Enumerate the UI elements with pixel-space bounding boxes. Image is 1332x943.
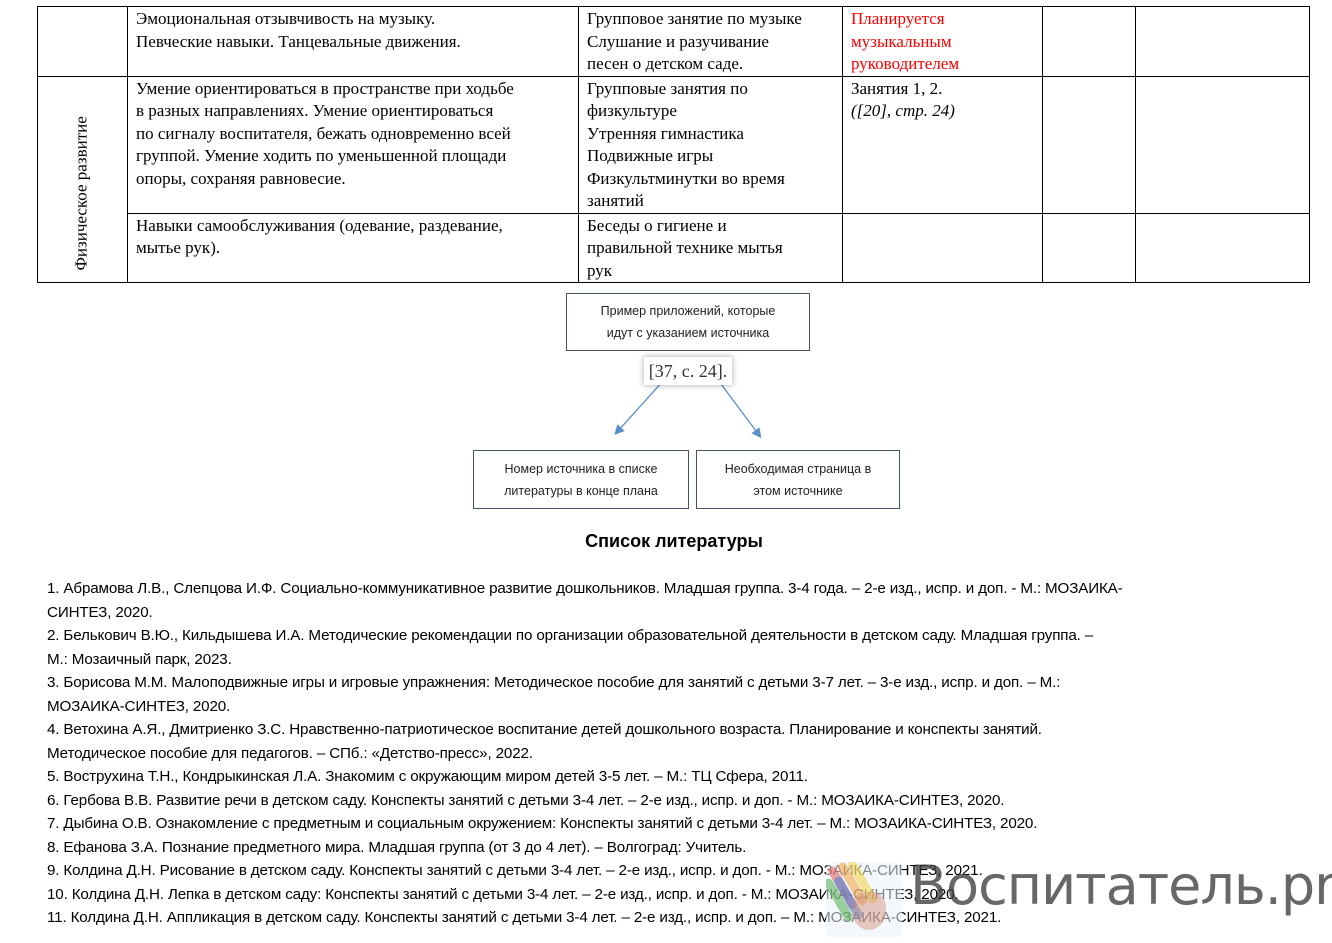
bibliography-line: 10. Колдина Д.Н. Лепка в детском саду: К… [47, 883, 1312, 907]
content-line: в разных направлениях. Умение ориентиров… [136, 100, 570, 123]
box-text: этом источнике [725, 480, 872, 502]
bibliography-line: 11. Колдина Д.Н. Аппликация в детском са… [47, 906, 1312, 930]
forms-line: Слушание и разучивание [587, 31, 834, 54]
forms-line: Групповое занятие по музыке [587, 8, 834, 31]
content-line: Певческие навыки. Танцевальные движения. [136, 31, 570, 54]
source-reference: ([20], стр. 24) [851, 100, 1034, 123]
forms-cell: Групповое занятие по музыке Слушание и р… [579, 7, 843, 77]
source-cell [843, 213, 1043, 283]
bibliography-line: 1. Абрамова Л.В., Слепцова И.Ф. Социальн… [47, 577, 1312, 601]
forms-line: песен о детском саде. [587, 53, 834, 76]
empty-cell [1043, 7, 1136, 77]
empty-cell [1043, 213, 1136, 283]
source-note: Занятия 1, 2. [851, 78, 1034, 101]
table-row: Физическое развитие Умение ориентировать… [38, 76, 1310, 213]
table-row: Эмоциональная отзывчивость на музыку. Пе… [38, 7, 1310, 77]
empty-cell [1136, 213, 1310, 283]
forms-line: Утренняя гимнастика [587, 123, 834, 146]
empty-cell [1136, 76, 1310, 213]
area-cell: Физическое развитие [38, 76, 128, 283]
forms-line: Беседы о гигиене и [587, 215, 834, 238]
empty-cell [1136, 7, 1310, 77]
bibliography-list: 1. Абрамова Л.В., Слепцова И.Ф. Социальн… [47, 577, 1312, 930]
source-note: руководителем [851, 53, 1034, 76]
bibliography-line: 9. Колдина Д.Н. Рисование в детском саду… [47, 859, 1312, 883]
forms-line: Подвижные игры [587, 145, 834, 168]
bibliography-line: 7. Дыбина О.В. Ознакомление с предметным… [47, 812, 1312, 836]
citation-diagram: Пример приложений, которые идут с указан… [467, 287, 905, 515]
forms-line: Физкультминутки во время [587, 168, 834, 191]
forms-cell: Беседы о гигиене и правильной технике мы… [579, 213, 843, 283]
content-line: Эмоциональная отзывчивость на музыку. [136, 8, 570, 31]
content-line: по сигналу воспитателя, бежать одновреме… [136, 123, 570, 146]
box-text: Необходимая страница в [725, 458, 872, 480]
bibliography-line: Методическое пособие для педагогов. – СП… [47, 742, 1312, 766]
table-row: Навыки самообслуживания (одевание, разде… [38, 213, 1310, 283]
box-text: Пример приложений, которые [601, 300, 776, 322]
arrow-left-icon [617, 380, 664, 432]
bibliography-line: СИНТЕЗ, 2020. [47, 601, 1312, 625]
bibliography-line: 8. Ефанова З.А. Познание предметного мир… [47, 836, 1312, 860]
plan-table: Эмоциональная отзывчивость на музыку. Пе… [37, 6, 1310, 283]
content-cell: Умение ориентироваться в пространстве пр… [128, 76, 579, 213]
box-text: Номер источника в списке [504, 458, 658, 480]
source-cell: Занятия 1, 2. ([20], стр. 24) [843, 76, 1043, 213]
citation-example: [37, с. 24]. [644, 357, 732, 385]
diagram-top-box: Пример приложений, которые идут с указан… [566, 293, 810, 351]
bibliography-line: МОЗАИКА-СИНТЕЗ, 2020. [47, 695, 1312, 719]
bibliography-title: Список литературы [0, 531, 1332, 552]
forms-line: рук [587, 260, 834, 283]
content-line: мытье рук). [136, 237, 570, 260]
forms-line: физкультуре [587, 100, 834, 123]
box-text: литературы в конце плана [504, 480, 658, 502]
content-line: Умение ориентироваться в пространстве пр… [136, 78, 570, 101]
content-cell: Навыки самообслуживания (одевание, разде… [128, 213, 579, 283]
bibliography-line: 2. Белькович В.Ю., Кильдышева И.А. Метод… [47, 624, 1312, 648]
source-cell: Планируется музыкальным руководителем [843, 7, 1043, 77]
arrow-right-icon [718, 380, 759, 435]
area-cell [38, 7, 128, 77]
source-note: Планируется [851, 8, 1034, 31]
bibliography-line: М.: Мозаичный парк, 2023. [47, 648, 1312, 672]
area-label: Физическое развитие [70, 116, 93, 270]
diagram-page-box: Необходимая страница в этом источнике [696, 450, 900, 509]
empty-cell [1043, 76, 1136, 213]
content-line: опоры, сохраняя равновесие. [136, 168, 570, 191]
forms-line: занятий [587, 190, 834, 213]
bibliography-line: 5. Вострухина Т.Н., Кондрыкинская Л.А. З… [47, 765, 1312, 789]
bibliography-line: 3. Борисова М.М. Малоподвижные игры и иг… [47, 671, 1312, 695]
bibliography-line: 4. Ветохина А.Я., Дмитриенко З.С. Нравст… [47, 718, 1312, 742]
bibliography-line: 6. Гербова В.В. Развитие речи в детском … [47, 789, 1312, 813]
forms-cell: Групповые занятия по физкультуре Утрення… [579, 76, 843, 213]
diagram-source-number-box: Номер источника в списке литературы в ко… [473, 450, 689, 509]
forms-line: Групповые занятия по [587, 78, 834, 101]
source-note: музыкальным [851, 31, 1034, 54]
content-cell: Эмоциональная отзывчивость на музыку. Пе… [128, 7, 579, 77]
forms-line: правильной технике мытья [587, 237, 834, 260]
content-line: Навыки самообслуживания (одевание, разде… [136, 215, 570, 238]
content-line: группой. Умение ходить по уменьшенной пл… [136, 145, 570, 168]
box-text: идут с указанием источника [601, 322, 776, 344]
